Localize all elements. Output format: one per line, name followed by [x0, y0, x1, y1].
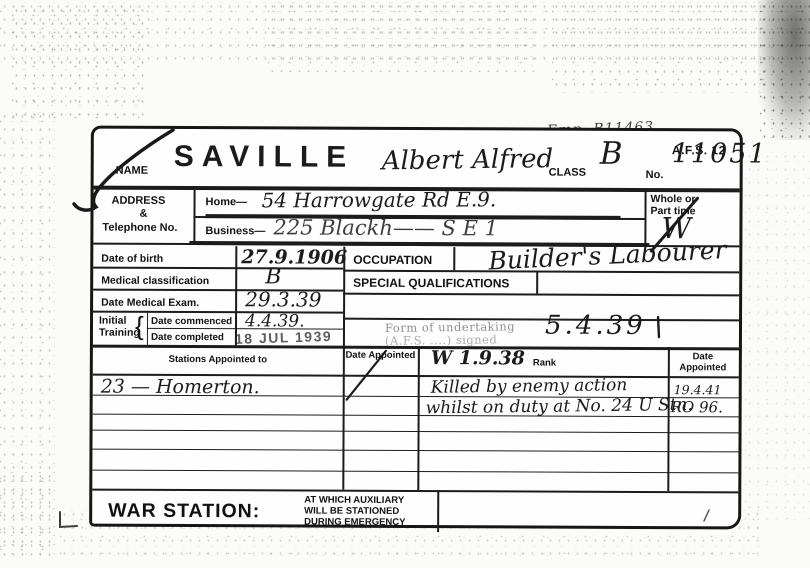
class-label: CLASS [549, 167, 586, 180]
station-cell: 23 — Homerton. [101, 378, 260, 398]
date-completed-label: Date completed [151, 332, 224, 344]
date-appointed-cell: RO 96. [671, 400, 723, 415]
afs12-card: A.F.S. 12 NAME SAVILLE Albert Alfred CLA… [89, 126, 743, 530]
noise-top-right-cluster [552, 0, 767, 95]
table-row: 23 — Homerton. Killed by enemy action 19… [94, 129, 740, 132]
medical-exam-value: 29.3.39 [245, 289, 321, 309]
dob-label: Date of birth [101, 253, 163, 265]
address-label-line2: & [139, 208, 147, 221]
war-station-label: WAR STATION: [108, 500, 260, 523]
undertaking-date-value: 5.4.39 [545, 313, 646, 339]
medical-classification-label: Medical classification [101, 275, 209, 288]
row-line-qualifications [343, 293, 739, 296]
name-forenames: Albert Alfred [382, 146, 554, 174]
column-header-stations: Stations Appointed to [93, 355, 343, 367]
table-col-line-1 [342, 346, 344, 490]
details-split-divider [343, 247, 345, 346]
name-label: NAME [116, 165, 148, 178]
noise-top-band [0, 0, 810, 62]
occupation-label: OCCUPATION [353, 254, 432, 268]
table-row-line-3 [93, 430, 739, 434]
noise-top-mid-cluster [268, 0, 538, 72]
class-value: B [600, 139, 623, 170]
table-col-line-3 [667, 347, 669, 491]
rank-cell: Killed by enemy action [431, 377, 628, 397]
table-row: whilst on duty at No. 24 U Stn. RO 96. [94, 129, 740, 132]
time-box-divider [644, 189, 646, 246]
noise-bottom-left-cluster [0, 470, 55, 560]
noise-right-band [745, 150, 810, 520]
bottom-left-l-mark [60, 512, 77, 527]
address-label-line1: ADDRESS [112, 195, 166, 208]
medical-exam-label: Date Medical Exam. [101, 297, 199, 309]
rank-header-annotation: W 1.9.38 [431, 349, 525, 368]
special-qualifications-label: SPECIAL QUALIFICATIONS [353, 277, 509, 291]
column-header-date-appointed: Date Appointed [345, 351, 416, 362]
table-row-line-5 [92, 470, 738, 474]
business-address-value: 225 Blackh—— S E 1 [273, 217, 498, 239]
dob-value: 27.9.1906 [241, 248, 347, 267]
table-row-line-6 [92, 489, 738, 494]
home-label: Home— [206, 196, 248, 209]
occupation-label-divider [453, 247, 455, 270]
row-line-dob [93, 267, 343, 270]
row-line-exam [93, 311, 343, 314]
date-commenced-label: Date commenced [151, 316, 232, 328]
qualifications-label-divider [536, 271, 538, 294]
number-value: 11051 [672, 140, 768, 167]
table-col-line-2 [417, 346, 419, 490]
column-header-date-appointed-2: Date Appointed [670, 352, 736, 374]
date-completed-stamp: 18 JUL 1939 [235, 328, 333, 347]
home-address-value: 54 Harrowgate Rd E.9. [262, 189, 497, 210]
medical-classification-value: B [265, 266, 281, 288]
training-brace: { [135, 312, 144, 342]
noise-corner-speckle [760, 0, 810, 145]
column-header-rank: Rank [533, 359, 556, 370]
noise-top-left-cluster [12, 4, 147, 119]
war-station-divider [437, 490, 439, 532]
rank-cell: whilst on duty at No. 24 U Stn. [426, 397, 693, 417]
noise-corner-blob [758, 0, 810, 140]
address-label-line3: Telephone No. [102, 222, 177, 235]
noise-left-band [0, 110, 55, 555]
war-station-sub-line3: DURING EMERGENCY [304, 518, 405, 529]
initial-training-label: Initial Training [99, 315, 139, 339]
name-surname: SAVILLE [174, 142, 355, 173]
table-row-line-4 [92, 449, 738, 453]
scanned-afs12-record-card: Emp. B11463 A.F.S. 12 NAME SAVILLE Alber… [0, 0, 810, 568]
number-label: No. [646, 169, 664, 182]
business-label: Business— [205, 225, 265, 238]
table-top-line [93, 345, 739, 350]
